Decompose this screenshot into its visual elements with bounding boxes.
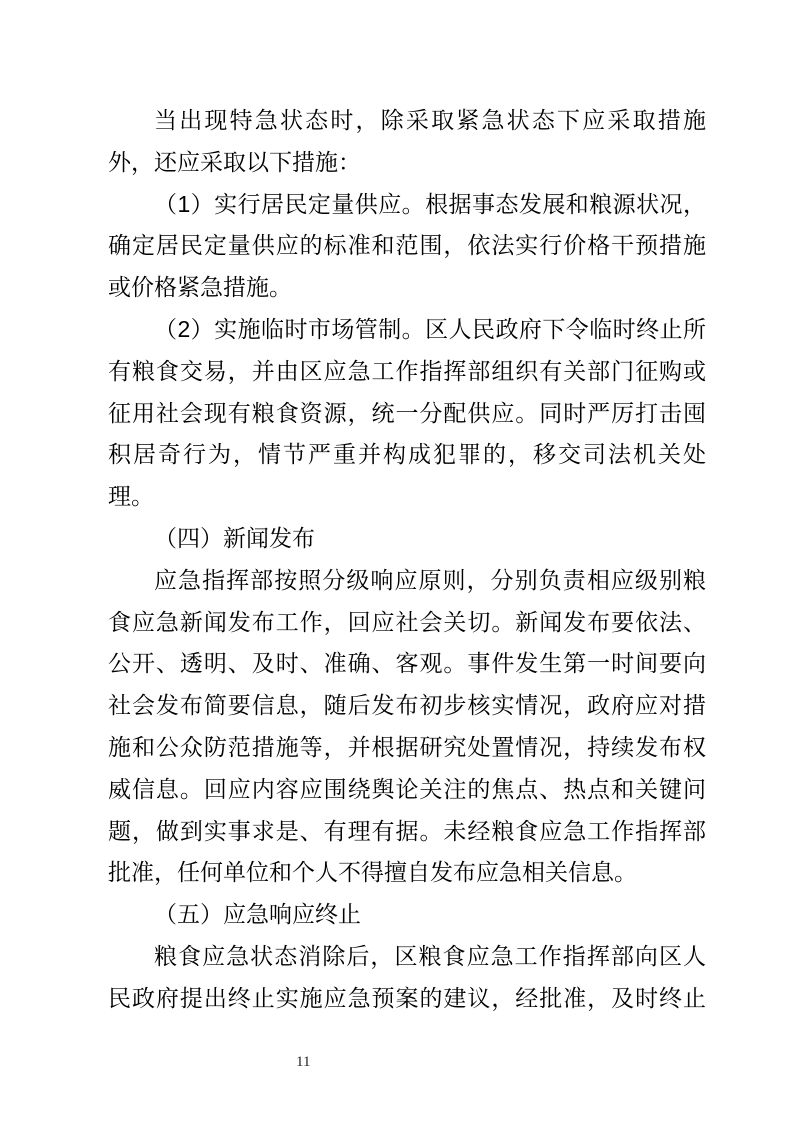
doc-line: 应急指挥部按照分级响应原则，分别负责相应级别粮 bbox=[108, 560, 706, 602]
section-heading: （四）新闻发布 bbox=[108, 518, 706, 560]
doc-line: （2）实施临时市场管制。区人民政府下令临时终止所 bbox=[108, 309, 706, 351]
document-page: 当出现特急状态时，除采取紧急状态下应采取措施 外，还应采取以下措施： （1）实行… bbox=[0, 0, 793, 1122]
doc-line: 有粮食交易，并由区应急工作指挥部组织有关部门征购或 bbox=[108, 351, 706, 393]
doc-line: 征用社会现有粮食资源，统一分配供应。同时严厉打击囤 bbox=[108, 393, 706, 435]
doc-line: 公开、透明、及时、准确、客观。事件发生第一时间要向 bbox=[108, 643, 706, 685]
doc-line: （1）实行居民定量供应。根据事态发展和粮源状况， bbox=[108, 184, 706, 226]
doc-line: 积居奇行为，情节严重并构成犯罪的，移交司法机关处 bbox=[108, 434, 706, 476]
doc-line: 或价格紧急措施。 bbox=[108, 267, 706, 309]
section-heading: （五）应急响应终止 bbox=[108, 894, 706, 936]
doc-line: 外，还应采取以下措施： bbox=[108, 142, 706, 184]
doc-line: 民政府提出终止实施应急预案的建议，经批准，及时终止 bbox=[108, 978, 706, 1020]
doc-line: 施和公众防范措施等，并根据研究处置情况，持续发布权 bbox=[108, 727, 706, 769]
doc-line: 确定居民定量供应的标准和范围，依法实行价格干预措施 bbox=[108, 225, 706, 267]
doc-line: 威信息。回应内容应围绕舆论关注的焦点、热点和关键问 bbox=[108, 769, 706, 811]
doc-line: 批准，任何单位和个人不得擅自发布应急相关信息。 bbox=[108, 852, 706, 894]
doc-line: 粮食应急状态消除后，区粮食应急工作指挥部向区人 bbox=[108, 936, 706, 978]
doc-line: 理。 bbox=[108, 476, 706, 518]
page-number: 11 bbox=[296, 1053, 330, 1071]
doc-line: 食应急新闻发布工作，回应社会关切。新闻发布要依法、 bbox=[108, 602, 706, 644]
document-body: 当出现特急状态时，除采取紧急状态下应采取措施 外，还应采取以下措施： （1）实行… bbox=[108, 100, 706, 1020]
doc-line: 当出现特急状态时，除采取紧急状态下应采取措施 bbox=[108, 100, 706, 142]
doc-line: 社会发布简要信息，随后发布初步核实情况，政府应对措 bbox=[108, 685, 706, 727]
doc-line: 题，做到实事求是、有理有据。未经粮食应急工作指挥部 bbox=[108, 811, 706, 853]
